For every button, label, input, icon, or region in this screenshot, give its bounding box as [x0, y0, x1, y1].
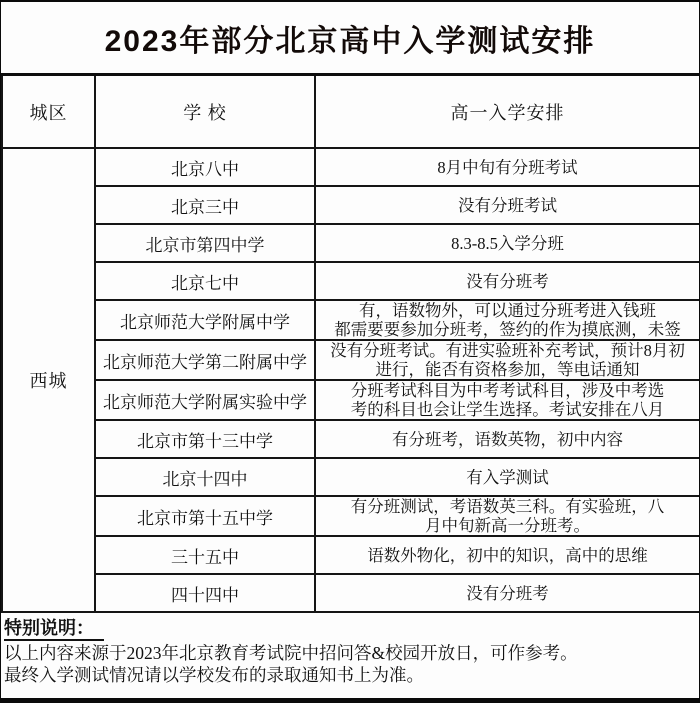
admission-test-table: 城区 学 校 高一入学安排 西城 北京八中 8月中旬有分班考试 北京三中 没有分…	[1, 73, 700, 613]
school-cell: 三十五中	[95, 536, 315, 574]
arrangement-cell: 有入学测试	[315, 458, 700, 496]
page-title: 2023年部分北京高中入学测试安排	[105, 16, 596, 60]
header-school: 学 校	[95, 75, 315, 149]
arrangement-cell: 分班考试科目为中考考试科目，涉及中考选 考的科目也会让学生选择。考试安排在八月	[315, 380, 700, 420]
school-cell: 北京师范大学附属中学	[95, 300, 315, 340]
school-cell: 北京师范大学第二附属中学	[95, 340, 315, 380]
arrangement-cell: 有，语数物外，可以通过分班考进入钱班 都需要要参加分班考，签约的作为摸底测，未签	[315, 300, 700, 340]
arrangement-cell: 有分班考，语数英物，初中内容	[315, 420, 700, 458]
school-cell: 北京八中	[95, 148, 315, 186]
table-row: 西城 北京八中 8月中旬有分班考试	[2, 148, 700, 186]
arrangement-cell: 8月中旬有分班考试	[315, 148, 700, 186]
arrangement-cell: 没有分班考试	[315, 186, 700, 224]
special-note-line: 以上内容来源于2023年北京教育考试院中招问答&校园开放日，可作参考。	[4, 642, 695, 664]
header-arrangement: 高一入学安排	[315, 75, 700, 149]
school-cell: 北京市第十五中学	[95, 496, 315, 536]
district-cell: 西城	[2, 148, 95, 612]
document-page: 2023年部分北京高中入学测试安排 城区 学 校 高一入学安排 西城 北京八中 …	[0, 0, 700, 703]
table-row: 北京师范大学附属实验中学 分班考试科目为中考考试科目，涉及中考选 考的科目也会让…	[2, 380, 700, 420]
table-row: 北京三中 没有分班考试	[2, 186, 700, 224]
arrangement-cell: 没有分班考试。有进实验班补充考试，预计8月初 进行，能否有资格参加，等电话通知	[315, 340, 700, 380]
special-note-line: 最终入学测试情况请以学校发布的录取通知书上为准。	[4, 664, 695, 686]
school-cell: 北京市第四中学	[95, 224, 315, 262]
title-bar: 2023年部分北京高中入学测试安排	[1, 2, 699, 73]
special-note-heading: 特别说明：	[4, 618, 104, 641]
school-cell: 北京十四中	[95, 458, 315, 496]
table-row: 北京市第四中学 8.3-8.5入学分班	[2, 224, 700, 262]
table-row: 三十五中 语数外物化，初中的知识，高中的思维	[2, 536, 700, 574]
special-note-section: 特别说明： 以上内容来源于2023年北京教育考试院中招问答&校园开放日，可作参考…	[1, 613, 699, 686]
school-cell: 北京市第十三中学	[95, 420, 315, 458]
arrangement-cell: 语数外物化，初中的知识，高中的思维	[315, 536, 700, 574]
header-district: 城区	[2, 75, 95, 149]
arrangement-cell: 没有分班考	[315, 574, 700, 612]
school-cell: 四十四中	[95, 574, 315, 612]
arrangement-cell: 没有分班考	[315, 262, 700, 300]
table-row: 北京十四中 有入学测试	[2, 458, 700, 496]
table-row: 四十四中 没有分班考	[2, 574, 700, 612]
table-row: 北京七中 没有分班考	[2, 262, 700, 300]
table-row: 北京市第十五中学 有分班测试，考语数英三科。有实验班，八 月中旬新高一分班考。	[2, 496, 700, 536]
arrangement-cell: 8.3-8.5入学分班	[315, 224, 700, 262]
table-header-row: 城区 学 校 高一入学安排	[2, 75, 700, 149]
table-row: 北京师范大学附属中学 有，语数物外，可以通过分班考进入钱班 都需要要参加分班考，…	[2, 300, 700, 340]
arrangement-cell: 有分班测试，考语数英三科。有实验班，八 月中旬新高一分班考。	[315, 496, 700, 536]
school-cell: 北京七中	[95, 262, 315, 300]
table-row: 北京市第十三中学 有分班考，语数英物，初中内容	[2, 420, 700, 458]
school-cell: 北京师范大学附属实验中学	[95, 380, 315, 420]
school-cell: 北京三中	[95, 186, 315, 224]
table-row: 北京师范大学第二附属中学 没有分班考试。有进实验班补充考试，预计8月初 进行，能…	[2, 340, 700, 380]
